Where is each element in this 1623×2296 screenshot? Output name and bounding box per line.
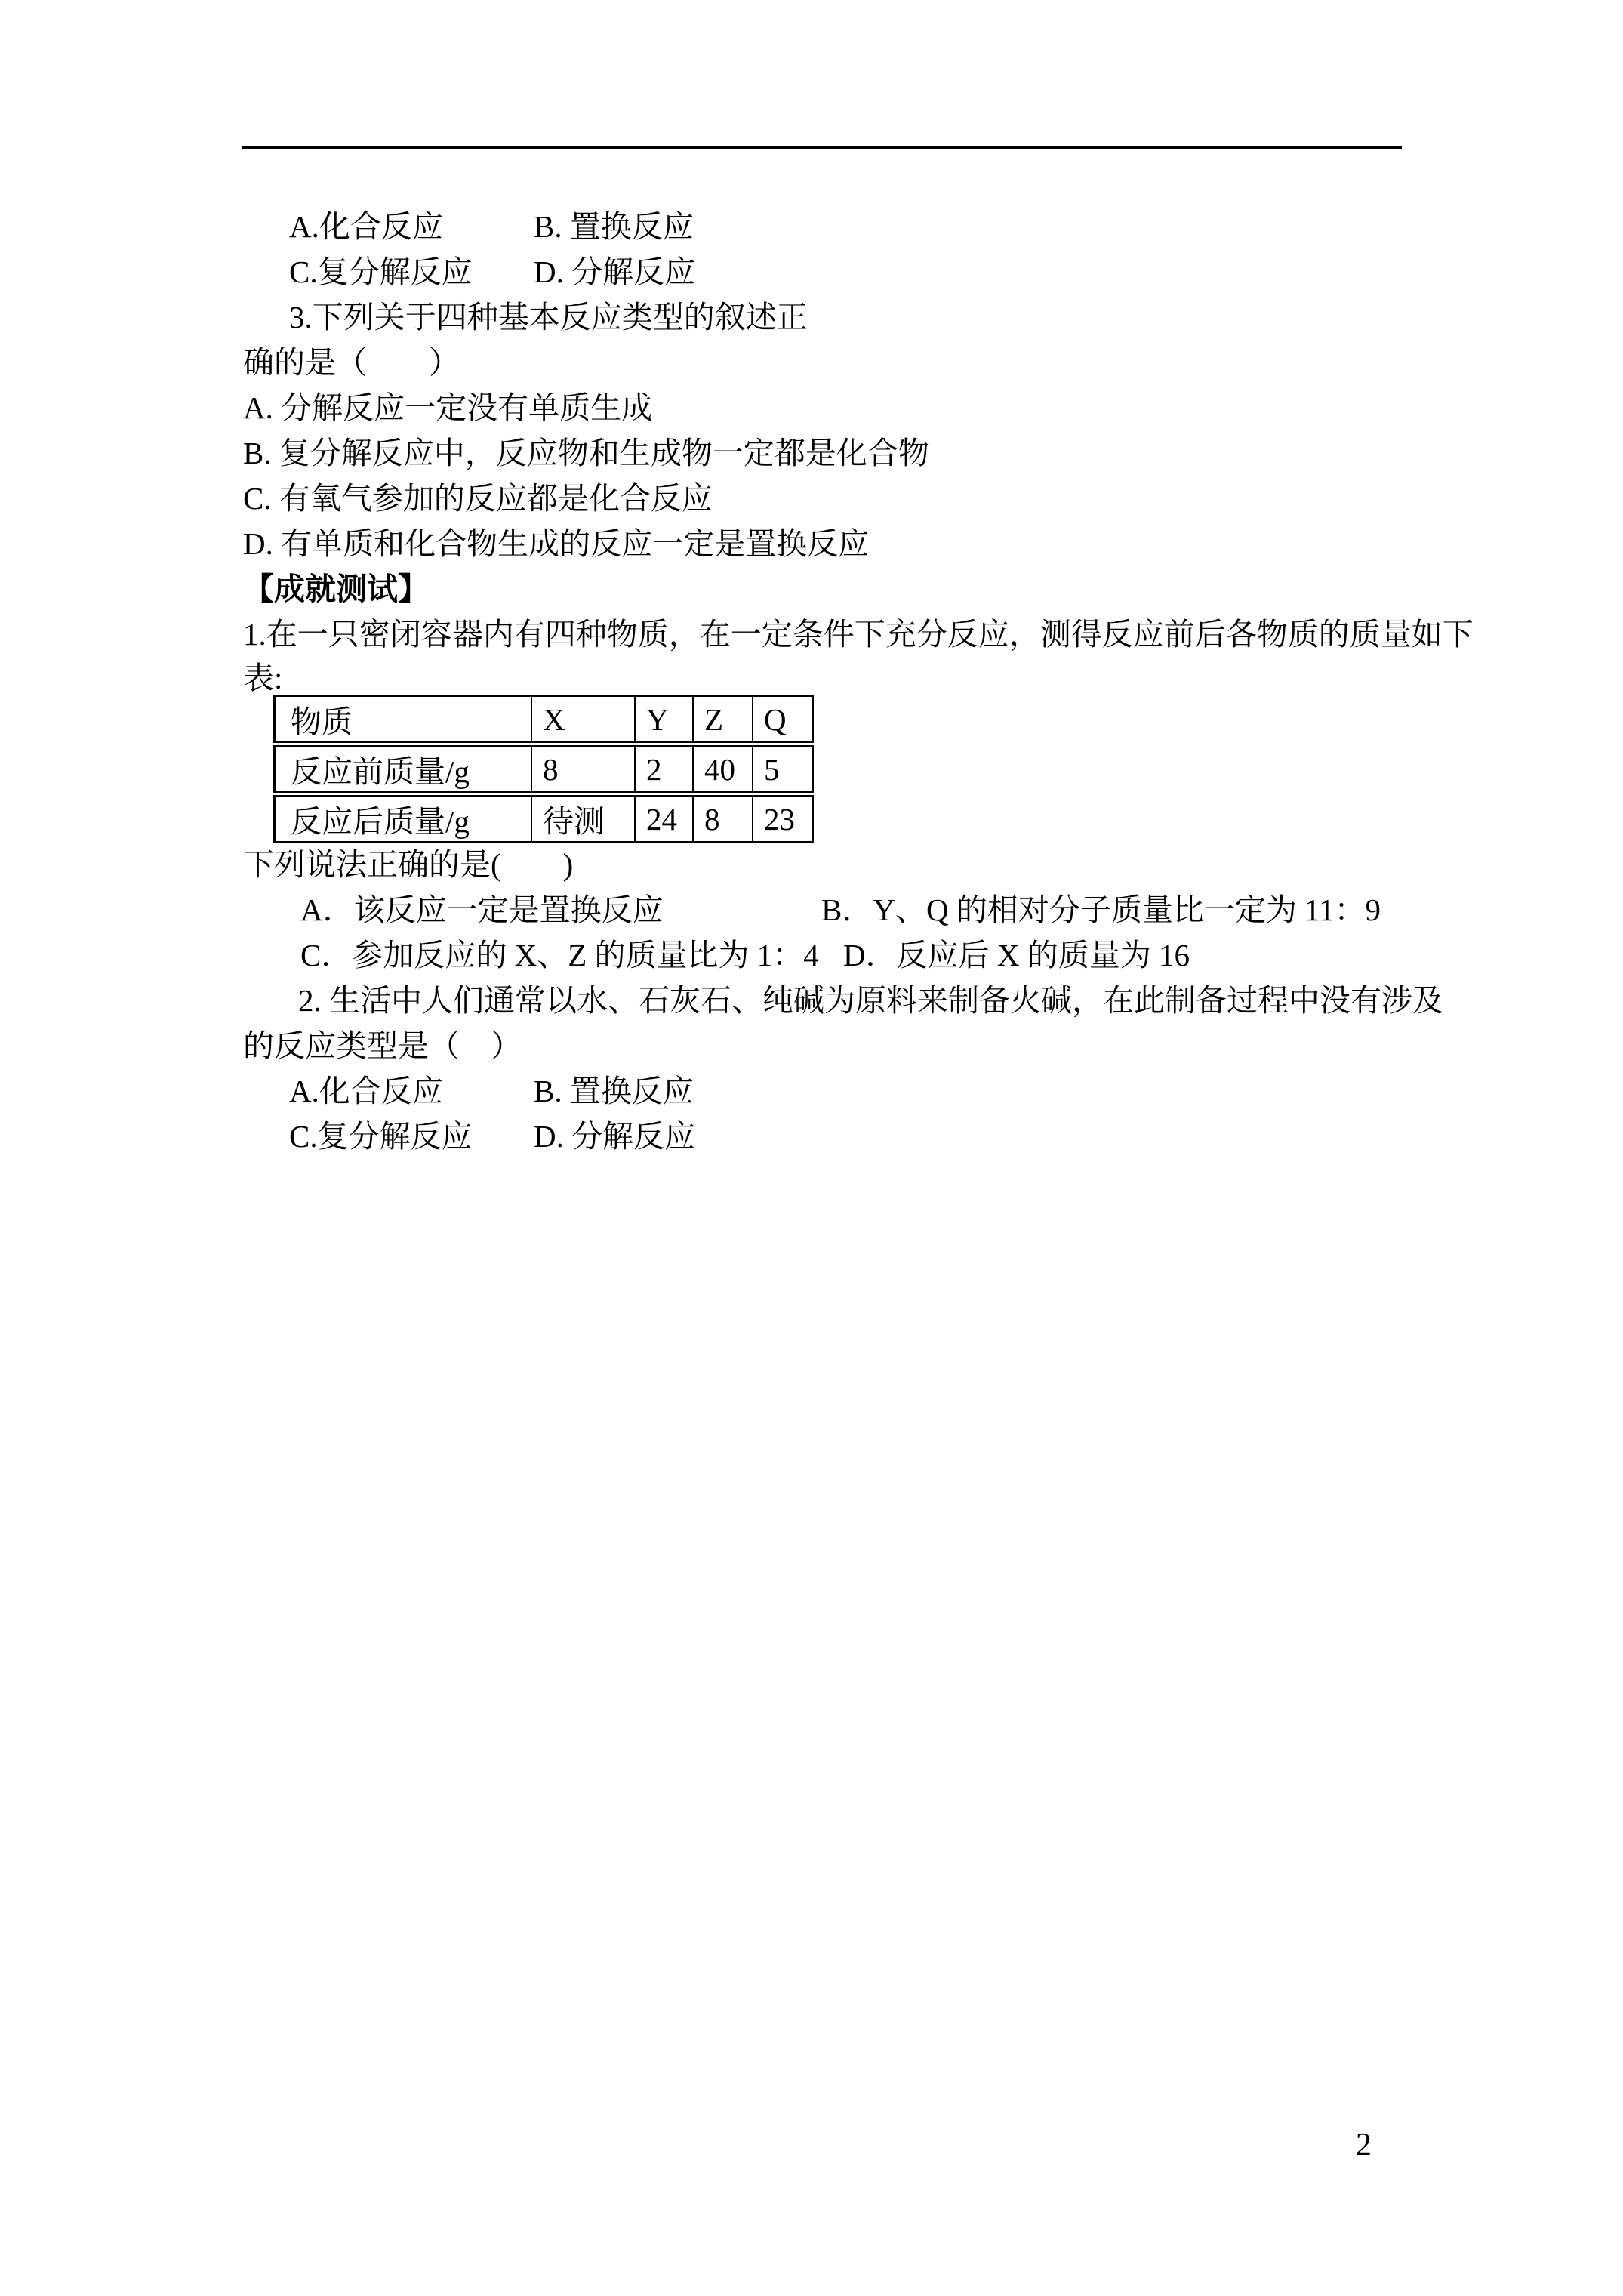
- prev-options-row-2: C.复分解反应 D. 分解反应: [0, 249, 1623, 294]
- table-header-row: 物质 X Y Z Q: [275, 696, 813, 744]
- question-3-option-b: B. 复分解反应中，反应物和生成物一定都是化合物: [243, 430, 1623, 476]
- question-1-stem-line-1: 1.在一只密闭容器内有四种物质，在一定条件下充分反应，测得反应前后各物质的质量如…: [243, 612, 1623, 657]
- question-2-option-c: C.复分解反应: [289, 1114, 473, 1159]
- question-1-stem-line-2: 表:: [243, 655, 1623, 701]
- question-1-option-c: C．参加反应的 X、Z 的质量比为 1：4: [300, 932, 819, 978]
- question-2-options-row-2: C.复分解反应 D. 分解反应: [0, 1114, 1623, 1159]
- section-title: 【成就测试】: [243, 566, 1623, 612]
- prev-option-a: A.化合反应: [289, 204, 443, 249]
- question-1-option-a: A．该反应一定是置换反应: [300, 887, 664, 932]
- table-cell: 8: [693, 794, 753, 843]
- question-3-stem-line-1: 3.下列关于四种基本反应类型的叙述正: [289, 294, 1623, 340]
- question-3-option-d: D. 有单质和化合物生成的反应一定是置换反应: [243, 521, 1623, 566]
- question-2-option-d: D. 分解反应: [534, 1114, 695, 1159]
- prev-option-c: C.复分解反应: [289, 249, 473, 294]
- table-cell: 反应前质量/g: [275, 744, 532, 794]
- question-3-stem-line-2: 确的是（ ）: [243, 340, 1623, 385]
- question-2-stem-line-1: 2. 生活中人们通常以水、石灰石、纯碱为原料来制备火碱，在此制备过程中没有涉及: [298, 978, 1623, 1023]
- question-1-option-b: B．Y、Q 的相对分子质量比一定为 11：9: [821, 887, 1381, 932]
- table-cell: 40: [693, 744, 753, 794]
- question-1-options-row-2: C．参加反应的 X、Z 的质量比为 1：4 D．反应后 X 的质量为 16: [0, 932, 1623, 978]
- prev-option-d: D. 分解反应: [534, 249, 695, 294]
- table-cell: 8: [531, 744, 635, 794]
- table-header-q: Q: [753, 696, 813, 744]
- worksheet-page: A.化合反应 B. 置换反应 C.复分解反应 D. 分解反应 3.下列关于四种基…: [0, 0, 1623, 2296]
- prev-option-b: B. 置换反应: [534, 204, 694, 249]
- table-cell: 反应后质量/g: [275, 794, 532, 843]
- question-2-stem-line-2: 的反应类型是（ ）: [243, 1023, 1623, 1068]
- question-2-option-a: A.化合反应: [289, 1068, 443, 1114]
- table-row-before: 反应前质量/g 8 2 40 5: [275, 744, 813, 794]
- table-cell: 待测: [531, 794, 635, 843]
- question-1-options-row-1: A．该反应一定是置换反应 B．Y、Q 的相对分子质量比一定为 11：9: [0, 887, 1623, 932]
- question-2-options-row-1: A.化合反应 B. 置换反应: [0, 1068, 1623, 1114]
- header-rule: [242, 146, 1402, 149]
- question-2-option-b: B. 置换反应: [534, 1068, 694, 1114]
- question-3-option-c: C. 有氧气参加的反应都是化合反应: [243, 476, 1623, 521]
- page-number: 2: [1356, 2126, 1372, 2164]
- question-3-option-a: A. 分解反应一定没有单质生成: [243, 385, 1623, 430]
- table-cell: 2: [635, 744, 693, 794]
- table-cell: 23: [753, 794, 813, 843]
- prev-options-row-1: A.化合反应 B. 置换反应: [0, 204, 1623, 249]
- table-header-substance: 物质: [275, 696, 532, 744]
- mass-table: 物质 X Y Z Q 反应前质量/g 8 2 40 5 反应后质量/g 待测 2…: [273, 695, 814, 843]
- table-header-z: Z: [693, 696, 753, 744]
- table-cell: 5: [753, 744, 813, 794]
- table-header-y: Y: [635, 696, 693, 744]
- question-1-prompt: 下列说法正确的是( ): [243, 842, 1623, 887]
- table-cell: 24: [635, 794, 693, 843]
- table-row-after: 反应后质量/g 待测 24 8 23: [275, 794, 813, 843]
- question-1-option-d: D．反应后 X 的质量为 16: [843, 932, 1190, 978]
- table-header-x: X: [531, 696, 635, 744]
